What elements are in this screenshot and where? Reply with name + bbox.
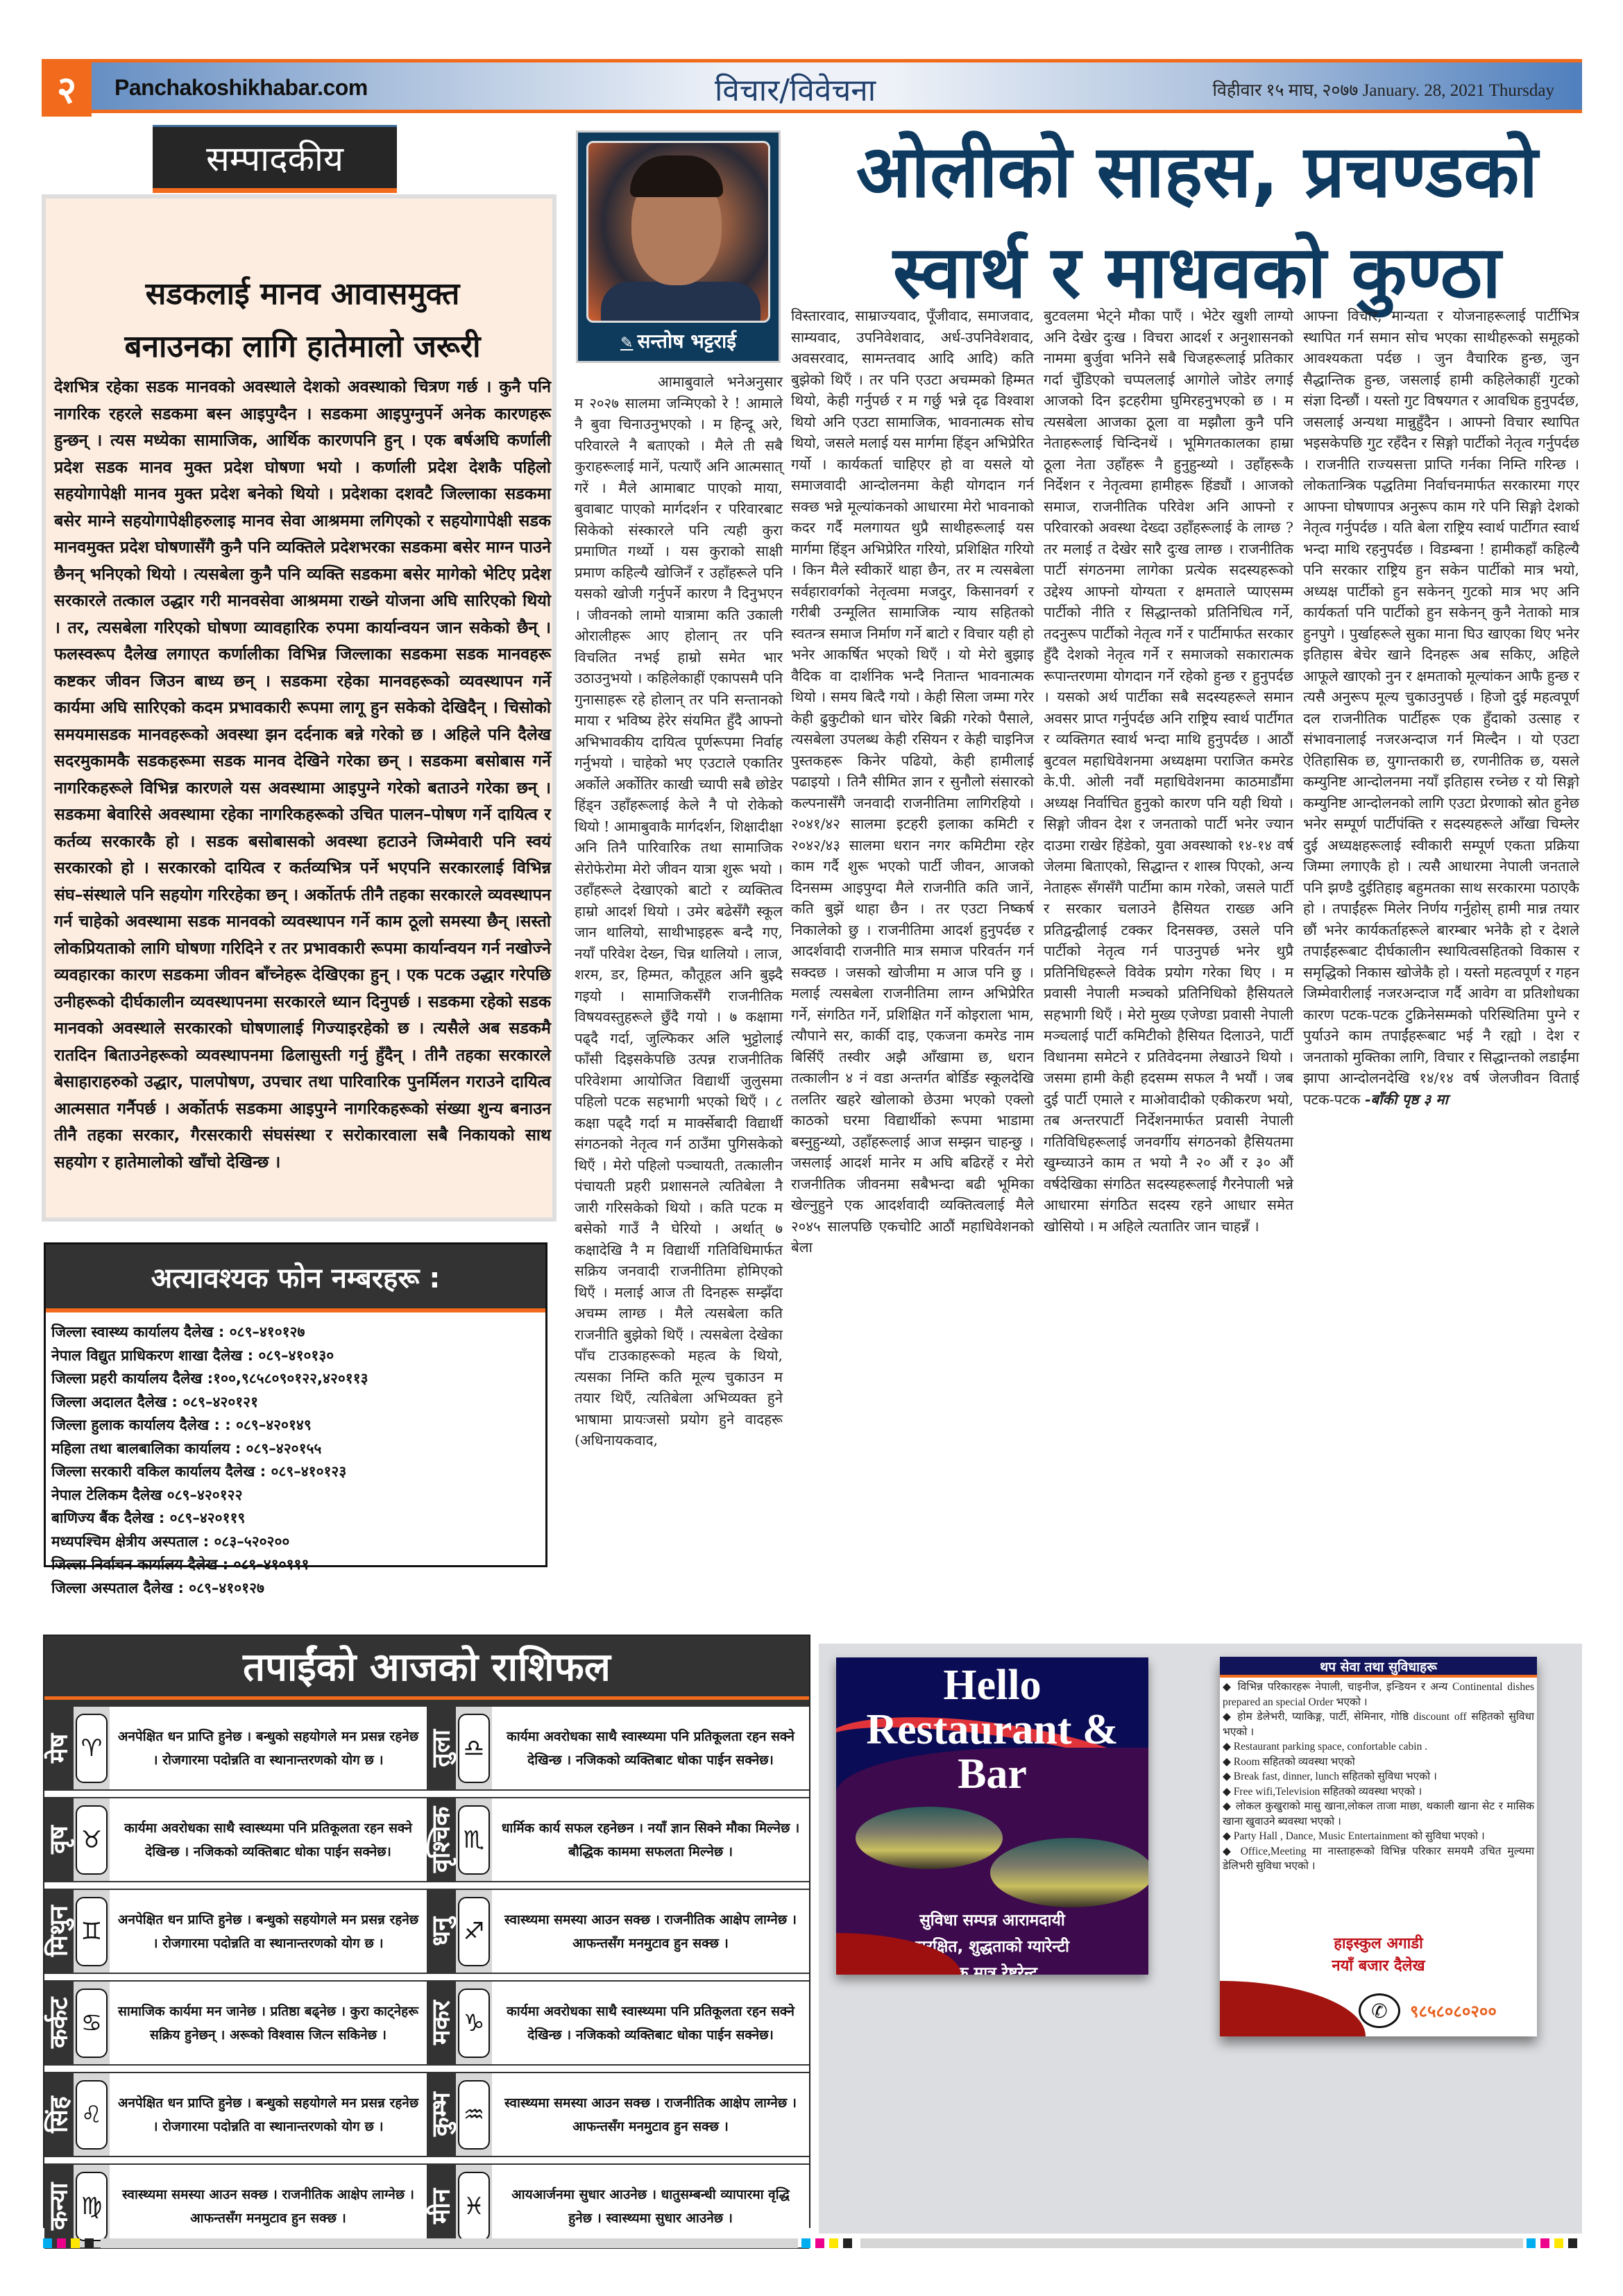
sign-pisces: मीन ♓ आयआर्जनमा सुधार आउनेछ । धातुसम्बन्…: [427, 2163, 809, 2249]
service-item: ◆ Restaurant parking space, confortable …: [1223, 1739, 1534, 1755]
sign-taurus: वृष ♉ कार्यमा अवरोधका साथै स्वास्थ्यमा प…: [44, 1797, 427, 1882]
sign-text: स्वास्थ्यमा समस्या आउन सक्छ । राजनीतिक आ…: [492, 1890, 809, 1973]
article-column-4: आफ्ना विचार, मान्यता र योजनाहरूलाई पार्ट…: [1303, 305, 1579, 1610]
cyan-mark: [801, 2238, 810, 2248]
headline-line-1: ओलीको साहस, प्रचण्डको: [822, 121, 1572, 222]
services-phone[interactable]: ✆ ९८५८०८०२००: [1359, 1993, 1497, 2028]
horoscope-title: तपाईंको आजको राशिफल: [44, 1636, 809, 1700]
sign-libra: तुला ♎ कार्यमा अवरोधका साथै स्वास्थ्यमा …: [427, 1705, 809, 1791]
phone-row: जिल्ला अस्पताल दैलेख : ०८९–४१०१२७: [51, 1577, 540, 1601]
restaurant-ad-title: Hello Restaurant & Bar: [836, 1663, 1148, 1796]
editorial-label: सम्पादकीय: [153, 125, 397, 193]
yellow-mark: [71, 2238, 80, 2248]
sign-text: कार्यमा अवरोधका साथै स्वास्थ्यमा पनि प्र…: [492, 1982, 809, 2064]
sign-aquarius: कुम्भ ♒ स्वास्थ्यमा समस्या आउन सक्छ । रा…: [427, 2072, 809, 2157]
sign-name: मेष: [44, 1707, 74, 1789]
phone-row: मध्यपश्चिम क्षेत्रीय अस्पताल : ०८३–५२०२०…: [51, 1530, 540, 1554]
phone-row: नेपाल टेलिकम दैलेख ०८९–४२०१२२: [51, 1484, 540, 1508]
restaurant-photo: [856, 1807, 1003, 1869]
sign-aries: मेष ♈ अनपेक्षित धन प्राप्ति हुनेछ । बन्ध…: [44, 1705, 427, 1791]
horoscope: तपाईंको आजको राशिफल मेष ♈ अनपेक्षित धन प…: [43, 1635, 810, 2228]
article-column-1: आमाबुवाले भनेअनुसार म २०२७ सालमा जन्मिएक…: [575, 371, 783, 1621]
services-list: ◆ विभिन्न परिकारहरू नेपाली, चाइनीज, इन्ड…: [1220, 1678, 1537, 1876]
magenta-mark: [1540, 2238, 1549, 2248]
services-ad[interactable]: थप सेवा तथा सुविधाहरू ◆ विभिन्न परिकारहर…: [1220, 1657, 1537, 2036]
yellow-mark: [829, 2238, 838, 2248]
scales-icon: ♎: [458, 1714, 490, 1783]
phone-row: जिल्ला स्वास्थ्य कार्यालय दैलेख : ०८९–४१…: [51, 1321, 540, 1344]
emergency-phones: अत्यावश्यक फोन नम्बरहरू : जिल्ला स्वास्थ…: [44, 1242, 547, 1567]
column-text: बुटवलमा भेट्ने मौका पाएँ । भेटेर खुशी ला…: [1044, 305, 1293, 1237]
service-item: ◆ Free wifi,Television सहितको व्यवस्था भ…: [1223, 1784, 1534, 1800]
restaurant-photo: [990, 1838, 1148, 1907]
services-address: हाइस्कुल अगाडी नयाँ बजार दैलेख: [1220, 1933, 1537, 1977]
sign-text: कार्यमा अवरोधका साथै स्वास्थ्यमा पनि प्र…: [492, 1707, 809, 1789]
issue-date: विहीवार १५ माघ, २०७७ January. 28, 2021 T…: [1212, 78, 1554, 101]
sign-name: कुम्भ: [427, 2073, 456, 2156]
phone-list: जिल्ला स्वास्थ्य कार्यालय दैलेख : ०८९–४१…: [46, 1312, 545, 1608]
sign-leo: सिंह ♌ अनपेक्षित धन प्राप्ति हुनेछ । बन्…: [44, 2072, 427, 2157]
column-text-body: आफ्ना विचार, मान्यता र योजनाहरूलाई पार्ट…: [1303, 307, 1579, 1108]
service-item: ◆ लोकल कुखुराको मासु खाना,लोकल ताजा माछा…: [1223, 1799, 1534, 1829]
sign-name: तुला: [427, 1707, 456, 1789]
sign-name: धनु: [427, 1890, 456, 1973]
cyan-mark: [43, 2238, 52, 2248]
editorial-box: सडकलाई मानव आवासमुक्त बनाउनका लागि हातेम…: [42, 194, 556, 1222]
phone-row: जिल्ला निर्वाचन कार्यालय दैलेख : ०८९–४१०…: [51, 1553, 540, 1577]
phone-row: जिल्ला प्रहरी कार्यालय दैलेख :१००,९८५८०९…: [51, 1367, 540, 1391]
site-name[interactable]: Panchakoshikhabar.com: [114, 75, 368, 101]
service-item: ◆ Room सहितको व्यवस्था भएको: [1223, 1755, 1534, 1770]
black-mark: [85, 2238, 94, 2248]
lion-icon: ♌: [76, 2080, 108, 2150]
sign-cancer: कर्कट ♋ सामाजिक कार्यमा मन जानेछ । प्रति…: [44, 1980, 427, 2066]
sign-text: धार्मिक कार्य सफल रहनेछन । नयाँ ज्ञान सि…: [492, 1798, 809, 1881]
sign-virgo: कन्या ♍ स्वास्थ्यमा समस्या आउन सक्छ । रा…: [44, 2163, 427, 2249]
author-byline: ✎सन्तोष भट्टराई: [578, 328, 779, 354]
magenta-mark: [815, 2238, 824, 2248]
registration-bar: [101, 2238, 798, 2248]
sign-name: मीन: [427, 2165, 456, 2247]
horoscope-grid: मेष ♈ अनपेक्षित धन प्राप्ति हुनेछ । बन्ध…: [44, 1705, 809, 2249]
column-text: विस्तारवाद, साम्राज्यवाद, पूँजीवाद, समाज…: [791, 305, 1034, 1258]
phone-row: जिल्ला हुलाक कार्यालय दैलेख : : ०८९–४२०१…: [51, 1414, 540, 1437]
water-bearer-icon: ♒: [458, 2080, 490, 2150]
editorial-body: देशभित्र रहेका सडक मानवको अवस्थाले देशको…: [54, 373, 551, 1175]
sign-text: अनपेक्षित धन प्राप्ति हुनेछ । बन्धुको सह…: [110, 1707, 427, 1789]
sign-capricorn: मकर ♑ कार्यमा अवरोधका साथै स्वास्थ्यमा प…: [427, 1980, 809, 2066]
yellow-mark: [1554, 2238, 1563, 2248]
sign-text: अनपेक्षित धन प्राप्ति हुनेछ । बन्धुको सह…: [110, 2073, 427, 2156]
red-corner: [1220, 1981, 1366, 2036]
cyan-mark: [1527, 2238, 1536, 2248]
article-headline: ओलीको साहस, प्रचण्डको स्वार्थ र माधवको क…: [822, 121, 1572, 323]
service-item: ◆ विभिन्न परिकारहरू नेपाली, चाइनीज, इन्ड…: [1223, 1680, 1534, 1710]
phone-row: महिला तथा बालबालिका कार्यालय : ०८९–४२०१५…: [51, 1437, 540, 1461]
editorial-title: सडकलाई मानव आवासमुक्त बनाउनका लागि हातेम…: [60, 268, 545, 373]
fish-icon: ♓: [458, 2172, 490, 2241]
phone-number: ९८५८०८०२००: [1410, 2000, 1497, 2023]
sign-text: सामाजिक कार्यमा मन जानेछ । प्रतिष्ठा बढ्…: [110, 1982, 427, 2064]
registration-bar: [860, 2238, 1523, 2248]
editorial-title-line-2: बनाउनका लागि हातेमालो जरूरी: [60, 321, 545, 373]
restaurant-ad[interactable]: Hello Restaurant & Bar सुविधा सम्पन्न आर…: [836, 1657, 1148, 1975]
sign-text: अनपेक्षित धन प्राप्ति हुनेछ । बन्धुको सह…: [110, 1890, 427, 1973]
twins-icon: ♊: [76, 1897, 108, 1966]
column-text: आफ्ना विचार, मान्यता र योजनाहरूलाई पार्ट…: [1303, 305, 1579, 1110]
phone-row: नेपाल विद्युत प्राधिकरण शाखा दैलेख : ०८९…: [51, 1344, 540, 1368]
sign-sagittarius: धनु ♐ स्वास्थ्यमा समस्या आउन सक्छ । राजन…: [427, 1889, 809, 1974]
black-mark: [1568, 2238, 1577, 2248]
article-column-2: विस्तारवाद, साम्राज्यवाद, पूँजीवाद, समाज…: [791, 305, 1034, 1610]
bull-icon: ♉: [76, 1805, 108, 1875]
sign-scorpio: वृश्चिक ♏ धार्मिक कार्य सफल रहनेछन । नया…: [427, 1797, 809, 1882]
sign-text: कार्यमा अवरोधका साथै स्वास्थ्यमा पनि प्र…: [110, 1798, 427, 1881]
address-line: हाइस्कुल अगाडी: [1220, 1933, 1537, 1955]
sign-name: वृष: [44, 1798, 74, 1881]
phone-row: बाणिज्य बैंक दैलेख : ०८९–४२०११९: [51, 1507, 540, 1530]
address-line: नयाँ बजार दैलेख: [1220, 1955, 1537, 1977]
pen-icon: ✎: [620, 335, 633, 352]
tagline-line: सुविधा सम्पन्न आरामदायी: [836, 1907, 1148, 1934]
editorial: सम्पादकीय सडकलाई मानव आवासमुक्त बनाउनका …: [42, 125, 556, 1222]
article-column-3: बुटवलमा भेट्ने मौका पाएँ । भेटेर खुशी ला…: [1044, 305, 1293, 1610]
author-photo: ✎सन्तोष भट्टराई: [576, 130, 781, 363]
archer-icon: ♐: [458, 1897, 490, 1966]
sign-text: स्वास्थ्यमा समस्या आउन सक्छ । राजनीतिक आ…: [492, 2073, 809, 2156]
phone-row: जिल्ला सरकारी वकिल कार्यालय दैलेख : ०८९–…: [51, 1460, 540, 1484]
sign-name: मिथुन: [44, 1890, 74, 1973]
scorpion-icon: ♏: [458, 1805, 490, 1875]
author-name: सन्तोष भट्टराई: [637, 330, 736, 353]
service-item: ◆ होम डेलेभरी, प्याकिङ्ग, पार्टी, सेमिना…: [1223, 1710, 1534, 1739]
goat-icon: ♑: [458, 1989, 490, 2058]
editorial-title-line-1: सडकलाई मानव आवासमुक्त: [60, 268, 545, 321]
sign-name: वृश्चिक: [427, 1798, 456, 1881]
maiden-icon: ♍: [76, 2172, 108, 2241]
services-title: थप सेवा तथा सुविधाहरू: [1220, 1657, 1537, 1678]
column-text: आमाबुवाले भनेअनुसार म २०२७ सालमा जन्मिएक…: [575, 371, 783, 1451]
service-item: ◆ Party Hall , Dance, Music Entertainmen…: [1223, 1829, 1534, 1844]
sign-text: स्वास्थ्यमा समस्या आउन सक्छ । राजनीतिक आ…: [110, 2165, 427, 2247]
service-item: ◆ Break fast, dinner, lunch सहितको सुविध…: [1223, 1769, 1534, 1784]
page-number: २: [42, 59, 92, 117]
sign-text: आयआर्जनमा सुधार आउनेछ । धातुसम्बन्धी व्य…: [492, 2165, 809, 2247]
sign-name: कन्या: [44, 2165, 74, 2247]
sign-name: मकर: [427, 1982, 456, 2064]
emergency-phones-title: अत्यावश्यक फोन नम्बरहरू :: [46, 1244, 545, 1312]
crab-icon: ♋: [76, 1989, 108, 2058]
sign-gemini: मिथुन ♊ अनपेक्षित धन प्राप्ति हुनेछ । बन…: [44, 1889, 427, 1974]
continued-on-page[interactable]: -बाँकी पृष्ठ ३ मा: [1365, 1091, 1448, 1108]
page-header: २ Panchakoshikhabar.com विचार/विवेचना वि…: [42, 59, 1582, 113]
service-item: ◆ Office,Meeting मा नास्ताहरूको विभिन्न …: [1223, 1844, 1534, 1874]
ram-icon: ♈: [76, 1714, 108, 1783]
sign-name: सिंह: [44, 2073, 74, 2156]
black-mark: [843, 2238, 852, 2248]
section-title: विचार/विवेचना: [715, 68, 876, 110]
phone-icon: ✆: [1359, 1993, 1400, 2028]
magenta-mark: [57, 2238, 66, 2248]
author-portrait: [586, 141, 770, 323]
phone-row: जिल्ला अदालत दैलेख : ०८९–४२०१२१: [51, 1391, 540, 1415]
sign-name: कर्कट: [44, 1982, 74, 2064]
